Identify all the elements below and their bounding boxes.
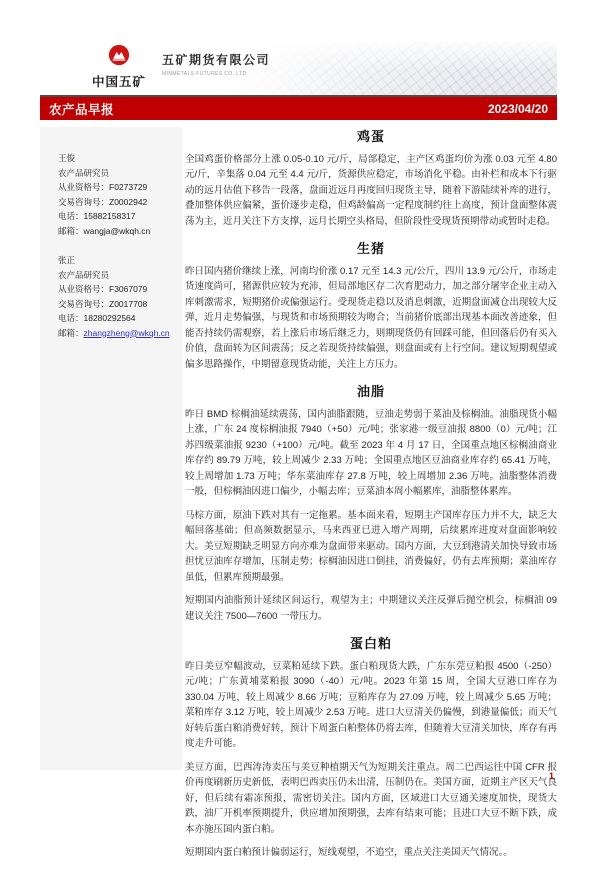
analyst-name: 王俊	[58, 151, 172, 166]
section-protein-meal: 蛋白粕 昨日美豆窄幅波动，豆菜粕延续下跌。蛋白粕现货大跌，广东东莞豆粕报 450…	[185, 636, 557, 861]
minmetals-emblem-icon	[108, 44, 130, 66]
analyst-advisory-no: 交易咨询号：Z0002942	[58, 195, 172, 210]
section-title: 生猪	[185, 241, 557, 257]
analyst-reg-no: 从业资格号：F3067079	[58, 282, 172, 297]
report-header: 中国五矿 五矿期货有限公司 MINMETALS FUTURES CO.,LTD	[40, 42, 557, 95]
report-title-banner: 农产品早报 2023/04/20	[40, 95, 557, 120]
section-paragraph: 昨日美豆窄幅波动，豆菜粕延续下跌。蛋白粕现货大跌，广东东莞豆粕报 4500（-2…	[185, 659, 557, 752]
analyst-name: 张正	[58, 253, 172, 268]
email-label: 邮箱：	[58, 328, 84, 338]
report-title: 农产品早报	[49, 100, 114, 118]
company-name-block: 五矿期货有限公司 MINMETALS FUTURES CO.,LTD	[162, 51, 270, 77]
analyst-advisory-no: 交易咨询号：Z0017708	[58, 297, 172, 312]
analyst-role: 农产品研究员	[58, 166, 172, 181]
email-link[interactable]: zhangzheng@wkqh.cn	[84, 328, 170, 338]
analyst-email: wangja@wkqh.cn	[84, 226, 151, 236]
report-date: 2023/04/20	[488, 102, 548, 116]
section-eggs: 鸡蛋 全国鸡蛋价格部分上涨 0.05-0.10 元/斤，局部稳定，主产区鸡蛋均价…	[185, 129, 557, 229]
report-page: 中国五矿 五矿期货有限公司 MINMETALS FUTURES CO.,LTD …	[40, 42, 557, 869]
section-title: 鸡蛋	[185, 129, 557, 145]
section-paragraph: 昨日国内猪价继续上涨，河南均价涨 0.17 元至 14.3 元/公斤，四川 13…	[185, 264, 557, 373]
email-label: 邮箱：	[58, 226, 84, 236]
analyst-reg-no: 从业资格号：F0273729	[58, 180, 172, 195]
company-name-en: MINMETALS FUTURES CO.,LTD	[162, 71, 270, 77]
analyst-email-row: 邮箱：wangja@wkqh.cn	[58, 224, 172, 239]
analyst-email-row: 邮箱：zhangzheng@wkqh.cn	[58, 326, 172, 341]
logo-text: 中国五矿	[88, 72, 150, 90]
analyst-phone: 电话：15882158317	[58, 209, 172, 224]
section-title: 油脂	[185, 384, 557, 400]
main-content: 鸡蛋 全国鸡蛋价格部分上涨 0.05-0.10 元/斤，局部稳定，主产区鸡蛋均价…	[185, 127, 557, 869]
section-hogs: 生猪 昨日国内猪价继续上涨，河南均价涨 0.17 元至 14.3 元/公斤，四川…	[185, 241, 557, 372]
analyst-phone: 电话：18280292564	[58, 311, 172, 326]
company-logo: 中国五矿	[88, 44, 150, 90]
section-paragraph: 短期国内蛋白粕预计偏弱运行，短线观望，不追空，重点关注美国天气情况。。	[185, 845, 557, 861]
analyst-card: 王俊 农产品研究员 从业资格号：F0273729 交易咨询号：Z0002942 …	[58, 151, 172, 238]
page-number: 1	[549, 771, 554, 781]
section-oils: 油脂 昨日 BMD 棕榈油延续震荡，国内油脂跟随，豆油走势弱于菜油及棕榈油。油脂…	[185, 384, 557, 624]
analyst-role: 农产品研究员	[58, 268, 172, 283]
section-paragraph: 短期国内油脂预计延续区间运行，观望为主；中期建议关注反弹后抛空机会，棕榈油 09…	[185, 593, 557, 624]
company-name: 五矿期货有限公司	[162, 51, 270, 68]
section-title: 蛋白粕	[185, 636, 557, 652]
analyst-card: 张正 农产品研究员 从业资格号：F3067079 交易咨询号：Z0017708 …	[58, 253, 172, 340]
section-paragraph: 全国鸡蛋价格部分上涨 0.05-0.10 元/斤，局部稳定，主产区鸡蛋均价为涨 …	[185, 152, 557, 230]
section-paragraph: 美豆方面，巴西涛涛卖压与美豆种植期天气为短期关注重点。周二巴西运往中国 CFR …	[185, 760, 557, 838]
analyst-sidebar: 王俊 农产品研究员 从业资格号：F0273729 交易咨询号：Z0002942 …	[40, 127, 182, 770]
section-paragraph: 马棕方面，原油下跌对其有一定拖累。基本面来看，短期主产国库存压力并不大，缺乏大幅…	[185, 508, 557, 586]
section-paragraph: 昨日 BMD 棕榈油延续震荡，国内油脂跟随，豆油走势弱于菜油及棕榈油。油脂现货小…	[185, 407, 557, 500]
content-area: 王俊 农产品研究员 从业资格号：F0273729 交易咨询号：Z0002942 …	[40, 127, 557, 869]
